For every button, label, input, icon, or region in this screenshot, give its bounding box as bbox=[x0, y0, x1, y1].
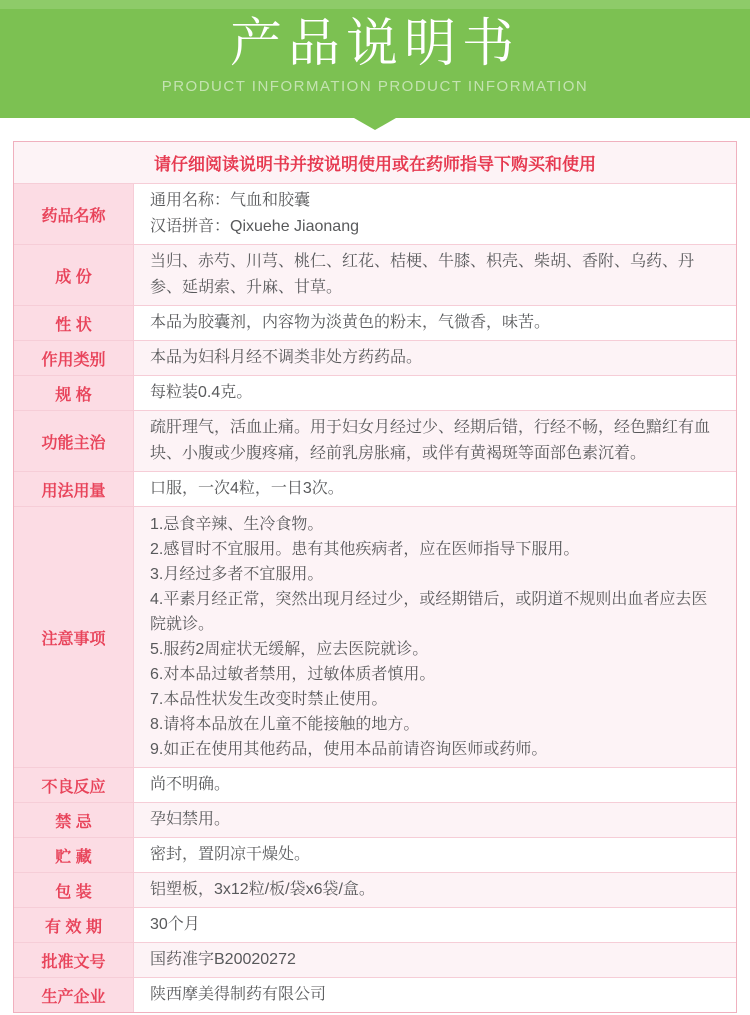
content-line: 口服，一次4粒，一日3次。 bbox=[150, 476, 720, 502]
content-line: 陕西摩美得制药有限公司 bbox=[150, 982, 720, 1008]
row-label: 用法用量 bbox=[14, 472, 134, 506]
content-line: 4.平素月经正常，突然出现月经过少，或经期错后，或阴道不规则出血者应去医院就诊。 bbox=[150, 587, 720, 637]
row-indications: 功能主治 疏肝理气，活血止痛。用于妇女月经过少、经期后错，行经不畅，经色黯红有血… bbox=[14, 410, 736, 471]
content-line: 每粒装0.4克。 bbox=[150, 380, 720, 406]
notice-text: 请仔细阅读说明书并按说明使用或在药师指导下购买和使用 bbox=[154, 150, 596, 175]
row-content: 尚不明确。 bbox=[134, 768, 736, 802]
row-packaging: 包 装 铝塑板，3x12粒/板/袋x6袋/盒。 bbox=[14, 872, 736, 907]
content-line: 1.忌食辛辣、生冷食物。 bbox=[150, 512, 720, 537]
row-dosage: 用法用量 口服，一次4粒，一日3次。 bbox=[14, 471, 736, 506]
row-label: 禁 忌 bbox=[14, 803, 134, 837]
row-label: 贮 藏 bbox=[14, 838, 134, 872]
content-line: 8.请将本品放在儿童不能接触的地方。 bbox=[150, 712, 720, 737]
row-content: 1.忌食辛辣、生冷食物。 2.感冒时不宜服用。患有其他疾病者，应在医师指导下服用… bbox=[134, 507, 736, 767]
row-precautions: 注意事项 1.忌食辛辣、生冷食物。 2.感冒时不宜服用。患有其他疾病者，应在医师… bbox=[14, 506, 736, 767]
row-specification: 规 格 每粒装0.4克。 bbox=[14, 375, 736, 410]
content-line: 9.如正在使用其他药品，使用本品前请咨询医师或药师。 bbox=[150, 737, 720, 762]
row-storage: 贮 藏 密封，置阴凉干燥处。 bbox=[14, 837, 736, 872]
content-line: 5.服药2周症状无缓解，应去医院就诊。 bbox=[150, 637, 720, 662]
row-content: 疏肝理气，活血止痛。用于妇女月经过少、经期后错，行经不畅，经色黯红有血块、小腹或… bbox=[134, 411, 736, 471]
banner-top-strip bbox=[0, 0, 750, 9]
row-validity-period: 有 效 期 30个月 bbox=[14, 907, 736, 942]
row-label: 性 状 bbox=[14, 306, 134, 340]
row-label: 成 份 bbox=[14, 245, 134, 305]
row-properties: 性 状 本品为胶囊剂，内容物为淡黄色的粉末，气微香，味苦。 bbox=[14, 305, 736, 340]
row-label: 批准文号 bbox=[14, 943, 134, 977]
row-label: 有 效 期 bbox=[14, 908, 134, 942]
content-line: 国药准字B20020272 bbox=[150, 947, 720, 973]
row-content: 孕妇禁用。 bbox=[134, 803, 736, 837]
content-line: 尚不明确。 bbox=[150, 772, 720, 798]
row-content: 当归、赤芍、川芎、桃仁、红花、桔梗、牛膝、枳壳、柴胡、香附、乌药、丹参、延胡索、… bbox=[134, 245, 736, 305]
row-label: 规 格 bbox=[14, 376, 134, 410]
row-content: 每粒装0.4克。 bbox=[134, 376, 736, 410]
row-content: 密封，置阴凉干燥处。 bbox=[134, 838, 736, 872]
content-line: 本品为妇科月经不调类非处方药药品。 bbox=[150, 345, 720, 371]
notice-row: 请仔细阅读说明书并按说明使用或在药师指导下购买和使用 bbox=[14, 142, 736, 184]
row-content: 国药准字B20020272 bbox=[134, 943, 736, 977]
row-label: 包 装 bbox=[14, 873, 134, 907]
banner-arrow-down-icon bbox=[354, 118, 396, 130]
row-label: 功能主治 bbox=[14, 411, 134, 471]
row-content: 本品为妇科月经不调类非处方药药品。 bbox=[134, 341, 736, 375]
row-adverse-reactions: 不良反应 尚不明确。 bbox=[14, 767, 736, 802]
content-line: 密封，置阴凉干燥处。 bbox=[150, 842, 720, 868]
row-content: 本品为胶囊剂，内容物为淡黄色的粉末，气微香，味苦。 bbox=[134, 306, 736, 340]
content-line: 本品为胶囊剂，内容物为淡黄色的粉末，气微香，味苦。 bbox=[150, 310, 720, 336]
row-ingredients: 成 份 当归、赤芍、川芎、桃仁、红花、桔梗、牛膝、枳壳、柴胡、香附、乌药、丹参、… bbox=[14, 244, 736, 305]
content-line: 疏肝理气，活血止痛。用于妇女月经过少、经期后错，行经不畅，经色黯红有血块、小腹或… bbox=[150, 415, 720, 467]
content-line: 6.对本品过敏者禁用，过敏体质者慎用。 bbox=[150, 662, 720, 687]
content-line: 3.月经过多者不宜服用。 bbox=[150, 562, 720, 587]
page: 产品说明书 PRODUCT INFORMATION PRODUCT INFORM… bbox=[0, 0, 750, 1015]
page-title: 产品说明书 bbox=[0, 11, 750, 77]
row-content: 30个月 bbox=[134, 908, 736, 942]
content-line: 2.感冒时不宜服用。患有其他疾病者，应在医师指导下服用。 bbox=[150, 537, 720, 562]
content-line: 当归、赤芍、川芎、桃仁、红花、桔梗、牛膝、枳壳、柴胡、香附、乌药、丹参、延胡索、… bbox=[150, 249, 720, 301]
row-contraindications: 禁 忌 孕妇禁用。 bbox=[14, 802, 736, 837]
product-spec-table: 请仔细阅读说明书并按说明使用或在药师指导下购买和使用 药品名称 通用名称：气血和… bbox=[13, 141, 737, 1013]
row-label: 生产企业 bbox=[14, 978, 134, 1012]
row-action-category: 作用类别 本品为妇科月经不调类非处方药药品。 bbox=[14, 340, 736, 375]
row-content: 陕西摩美得制药有限公司 bbox=[134, 978, 736, 1012]
content-line: 通用名称：气血和胶囊 bbox=[150, 188, 720, 214]
content-line: 孕妇禁用。 bbox=[150, 807, 720, 833]
content-line: 汉语拼音：Qixuehe Jiaonang bbox=[150, 214, 720, 240]
page-subtitle: PRODUCT INFORMATION PRODUCT INFORMATION bbox=[0, 78, 750, 95]
row-content: 口服，一次4粒，一日3次。 bbox=[134, 472, 736, 506]
content-line: 7.本品性状发生改变时禁止使用。 bbox=[150, 687, 720, 712]
row-content: 通用名称：气血和胶囊 汉语拼音：Qixuehe Jiaonang bbox=[134, 184, 736, 244]
row-label: 作用类别 bbox=[14, 341, 134, 375]
row-manufacturer: 生产企业 陕西摩美得制药有限公司 bbox=[14, 977, 736, 1012]
content-line: 铝塑板，3x12粒/板/袋x6袋/盒。 bbox=[150, 877, 720, 903]
row-approval-number: 批准文号 国药准字B20020272 bbox=[14, 942, 736, 977]
content-line: 30个月 bbox=[150, 912, 720, 938]
spec-rows: 药品名称 通用名称：气血和胶囊 汉语拼音：Qixuehe Jiaonang 成 … bbox=[14, 184, 736, 1012]
row-label: 不良反应 bbox=[14, 768, 134, 802]
row-drug-name: 药品名称 通用名称：气血和胶囊 汉语拼音：Qixuehe Jiaonang bbox=[14, 184, 736, 244]
row-label: 注意事项 bbox=[14, 507, 134, 767]
row-content: 铝塑板，3x12粒/板/袋x6袋/盒。 bbox=[134, 873, 736, 907]
banner: 产品说明书 PRODUCT INFORMATION PRODUCT INFORM… bbox=[0, 0, 750, 118]
row-label: 药品名称 bbox=[14, 184, 134, 244]
